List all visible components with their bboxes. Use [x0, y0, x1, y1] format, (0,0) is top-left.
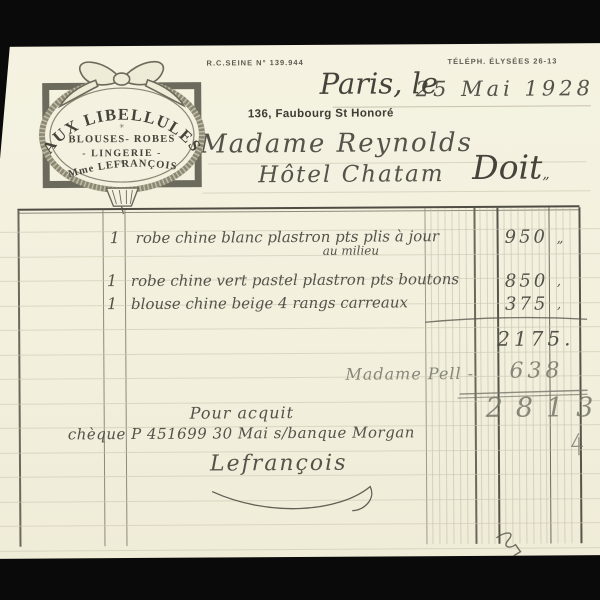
- invoice-photograph: R.C.SEINE N° 139.944 TÉLÉPH. ÉLYSÉES 26-…: [0, 0, 600, 600]
- total-underline-2: [458, 394, 588, 398]
- total-underline-1: [460, 390, 588, 394]
- bottom-squiggle-mark: [496, 533, 520, 558]
- pen-strokes: [0, 43, 600, 559]
- pencil-four-mark: [572, 433, 583, 455]
- signature-paraph: [212, 487, 372, 512]
- subtotal-rule-stroke: [425, 317, 587, 322]
- invoice-paper: R.C.SEINE N° 139.944 TÉLÉPH. ÉLYSÉES 26-…: [0, 43, 600, 559]
